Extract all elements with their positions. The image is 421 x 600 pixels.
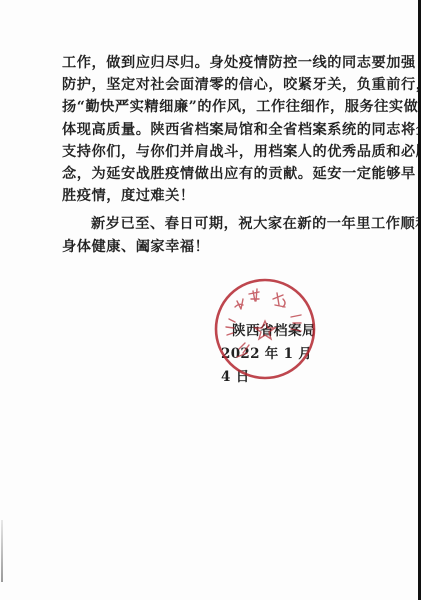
text-line: 体现高质量。陕西省档案局馆和全省档案系统的同志将全力 xyxy=(62,119,362,141)
paragraph-2: 新岁已至、春日可期，祝大家在新的一年里工作顺利、 身体健康、阖家幸福！ xyxy=(62,213,362,257)
signature-date: 2022 年 1 月 4 日 xyxy=(221,343,321,389)
text-line: 扬“勤快严实精细廉”的作风，工作往细作，服务往实做， xyxy=(62,96,362,118)
text-line: 身体健康、阖家幸福！ xyxy=(62,236,362,258)
text-line: 胜疫情，度过难关！ xyxy=(62,185,362,207)
page-edge-left xyxy=(1,520,3,582)
text-line: 工作，做到应归尽归。身处疫情防控一线的同志要加强自我 xyxy=(62,52,362,74)
letter-body: 工作，做到应归尽归。身处疫情防控一线的同志要加强自我 防护，坚定对社会面清零的信… xyxy=(62,52,362,258)
signature-block: 陕西省档案局 2022 年 1 月 4 日 xyxy=(221,320,321,389)
text-line: 新岁已至、春日可期，祝大家在新的一年里工作顺利、 xyxy=(62,213,362,235)
paragraph-1: 工作，做到应归尽归。身处疫情防控一线的同志要加强自我 防护，坚定对社会面清零的信… xyxy=(62,52,362,207)
document-page: 工作，做到应归尽归。身处疫情防控一线的同志要加强自我 防护，坚定对社会面清零的信… xyxy=(0,0,421,600)
text-line: 念，为延安战胜疫情做出应有的贡献。延安一定能够早日战 xyxy=(62,163,362,185)
signature-organization: 陕西省档案局 xyxy=(221,320,321,343)
text-line: 防护，坚定对社会面清零的信心，咬紧牙关，负重前行，发 xyxy=(62,74,362,96)
text-line: 支持你们，与你们并肩战斗，用档案人的优秀品质和必胜信 xyxy=(62,141,362,163)
